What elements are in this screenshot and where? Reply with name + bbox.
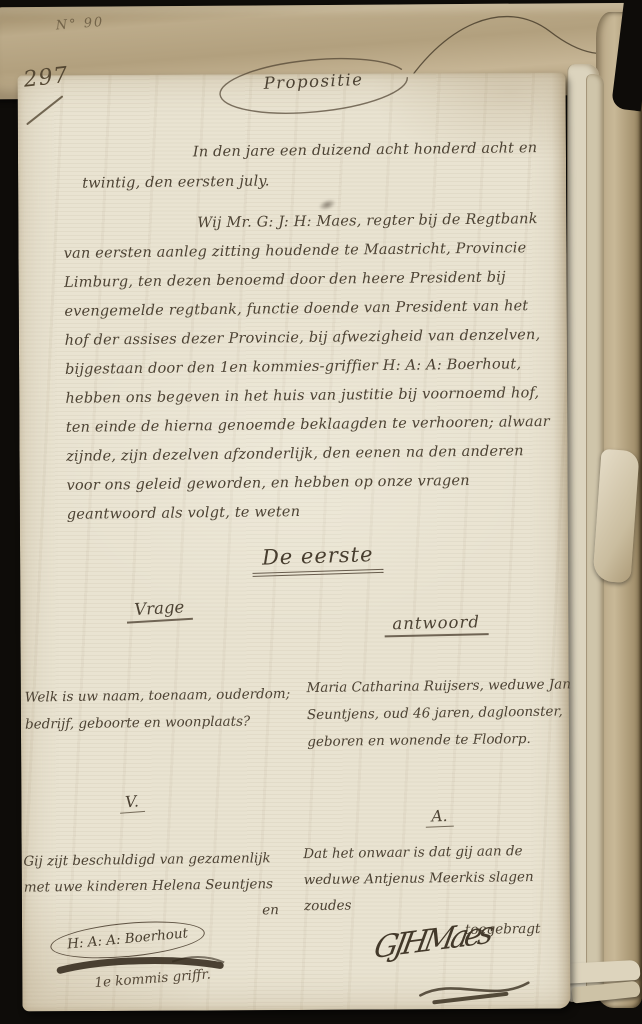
question-column-header: Vrage — [126, 597, 193, 624]
folio-flourish — [26, 95, 63, 125]
question-2-line: Gij zijt beschuldigd van gezamenlijk — [23, 845, 307, 875]
answer-2-line: Dat het onwaar is dat gij aan de — [303, 837, 581, 867]
wrapper-number-label: N° 90 — [55, 15, 105, 34]
question-2: Gij zijt beschuldigd van gezamenlijk met… — [23, 845, 308, 927]
answer-column-header: antwoord — [384, 612, 488, 637]
judge-signature-flourish — [410, 975, 540, 1008]
clerk-signature-name: H: A: A: Boerhout — [67, 925, 189, 952]
question-2-line: met uwe kinderen Helena Seuntjens — [24, 871, 308, 901]
preamble-paragraph: Wij Mr. G: J: H: Maes, regter bij de Reg… — [63, 205, 553, 530]
manuscript-page: 297 Propositie In den jare een duizend a… — [18, 73, 571, 1012]
folio-number: 297 — [22, 63, 69, 93]
answer-2-line: weduwe Antjenus Meerkis slagen zoudes — [303, 863, 582, 919]
question-1: Welk is uw naam, toenaam, ouderdom; bedr… — [25, 681, 308, 739]
opening-paragraph: In den jare een duizend acht honderd ach… — [82, 133, 555, 199]
page-title-block: Propositie — [212, 44, 415, 124]
answer-2-label: A. — [425, 807, 454, 828]
question-2-label: V. — [119, 792, 146, 814]
section-heading: De eerste — [252, 542, 384, 577]
archive-photo: N° 90 297 Propositie In den jare een dui… — [0, 0, 642, 1024]
answer-1: Maria Catharina Ruijsers, weduwe Jan Seu… — [306, 671, 573, 756]
